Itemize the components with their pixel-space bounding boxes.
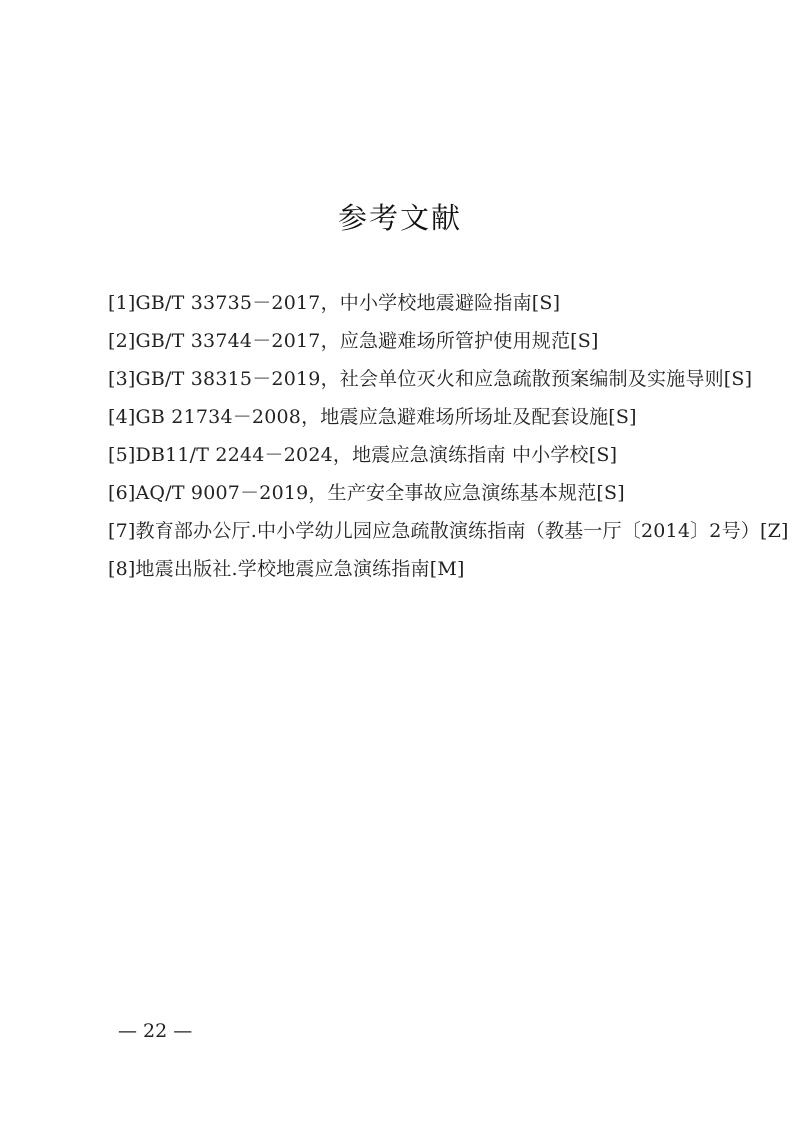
reference-item: [1]GB/T 33735－2017，中小学校地震避险指南[S] (108, 284, 789, 322)
reference-list: [1]GB/T 33735－2017，中小学校地震避险指南[S] [2]GB/T… (108, 284, 789, 588)
reference-item: [8]地震出版社.学校地震应急演练指南[M] (108, 550, 789, 588)
page-number: — 22 — (118, 1020, 192, 1042)
reference-item: [6]AQ/T 9007－2019，生产安全事故应急演练基本规范[S] (108, 474, 789, 512)
reference-item: [5]DB11/T 2244－2024，地震应急演练指南 中小学校[S] (108, 436, 789, 474)
reference-item: [7]教育部办公厅.中小学幼儿园应急疏散演练指南（教基一厅〔2014〕2号）[Z… (108, 512, 789, 550)
reference-item: [2]GB/T 33744－2017，应急避难场所管护使用规范[S] (108, 322, 789, 360)
page-title: 参考文献 (0, 196, 800, 237)
reference-item: [4]GB 21734－2008，地震应急避难场所场址及配套设施[S] (108, 398, 789, 436)
reference-item: [3]GB/T 38315－2019，社会单位灭火和应急疏散预案编制及实施导则[… (108, 360, 789, 398)
